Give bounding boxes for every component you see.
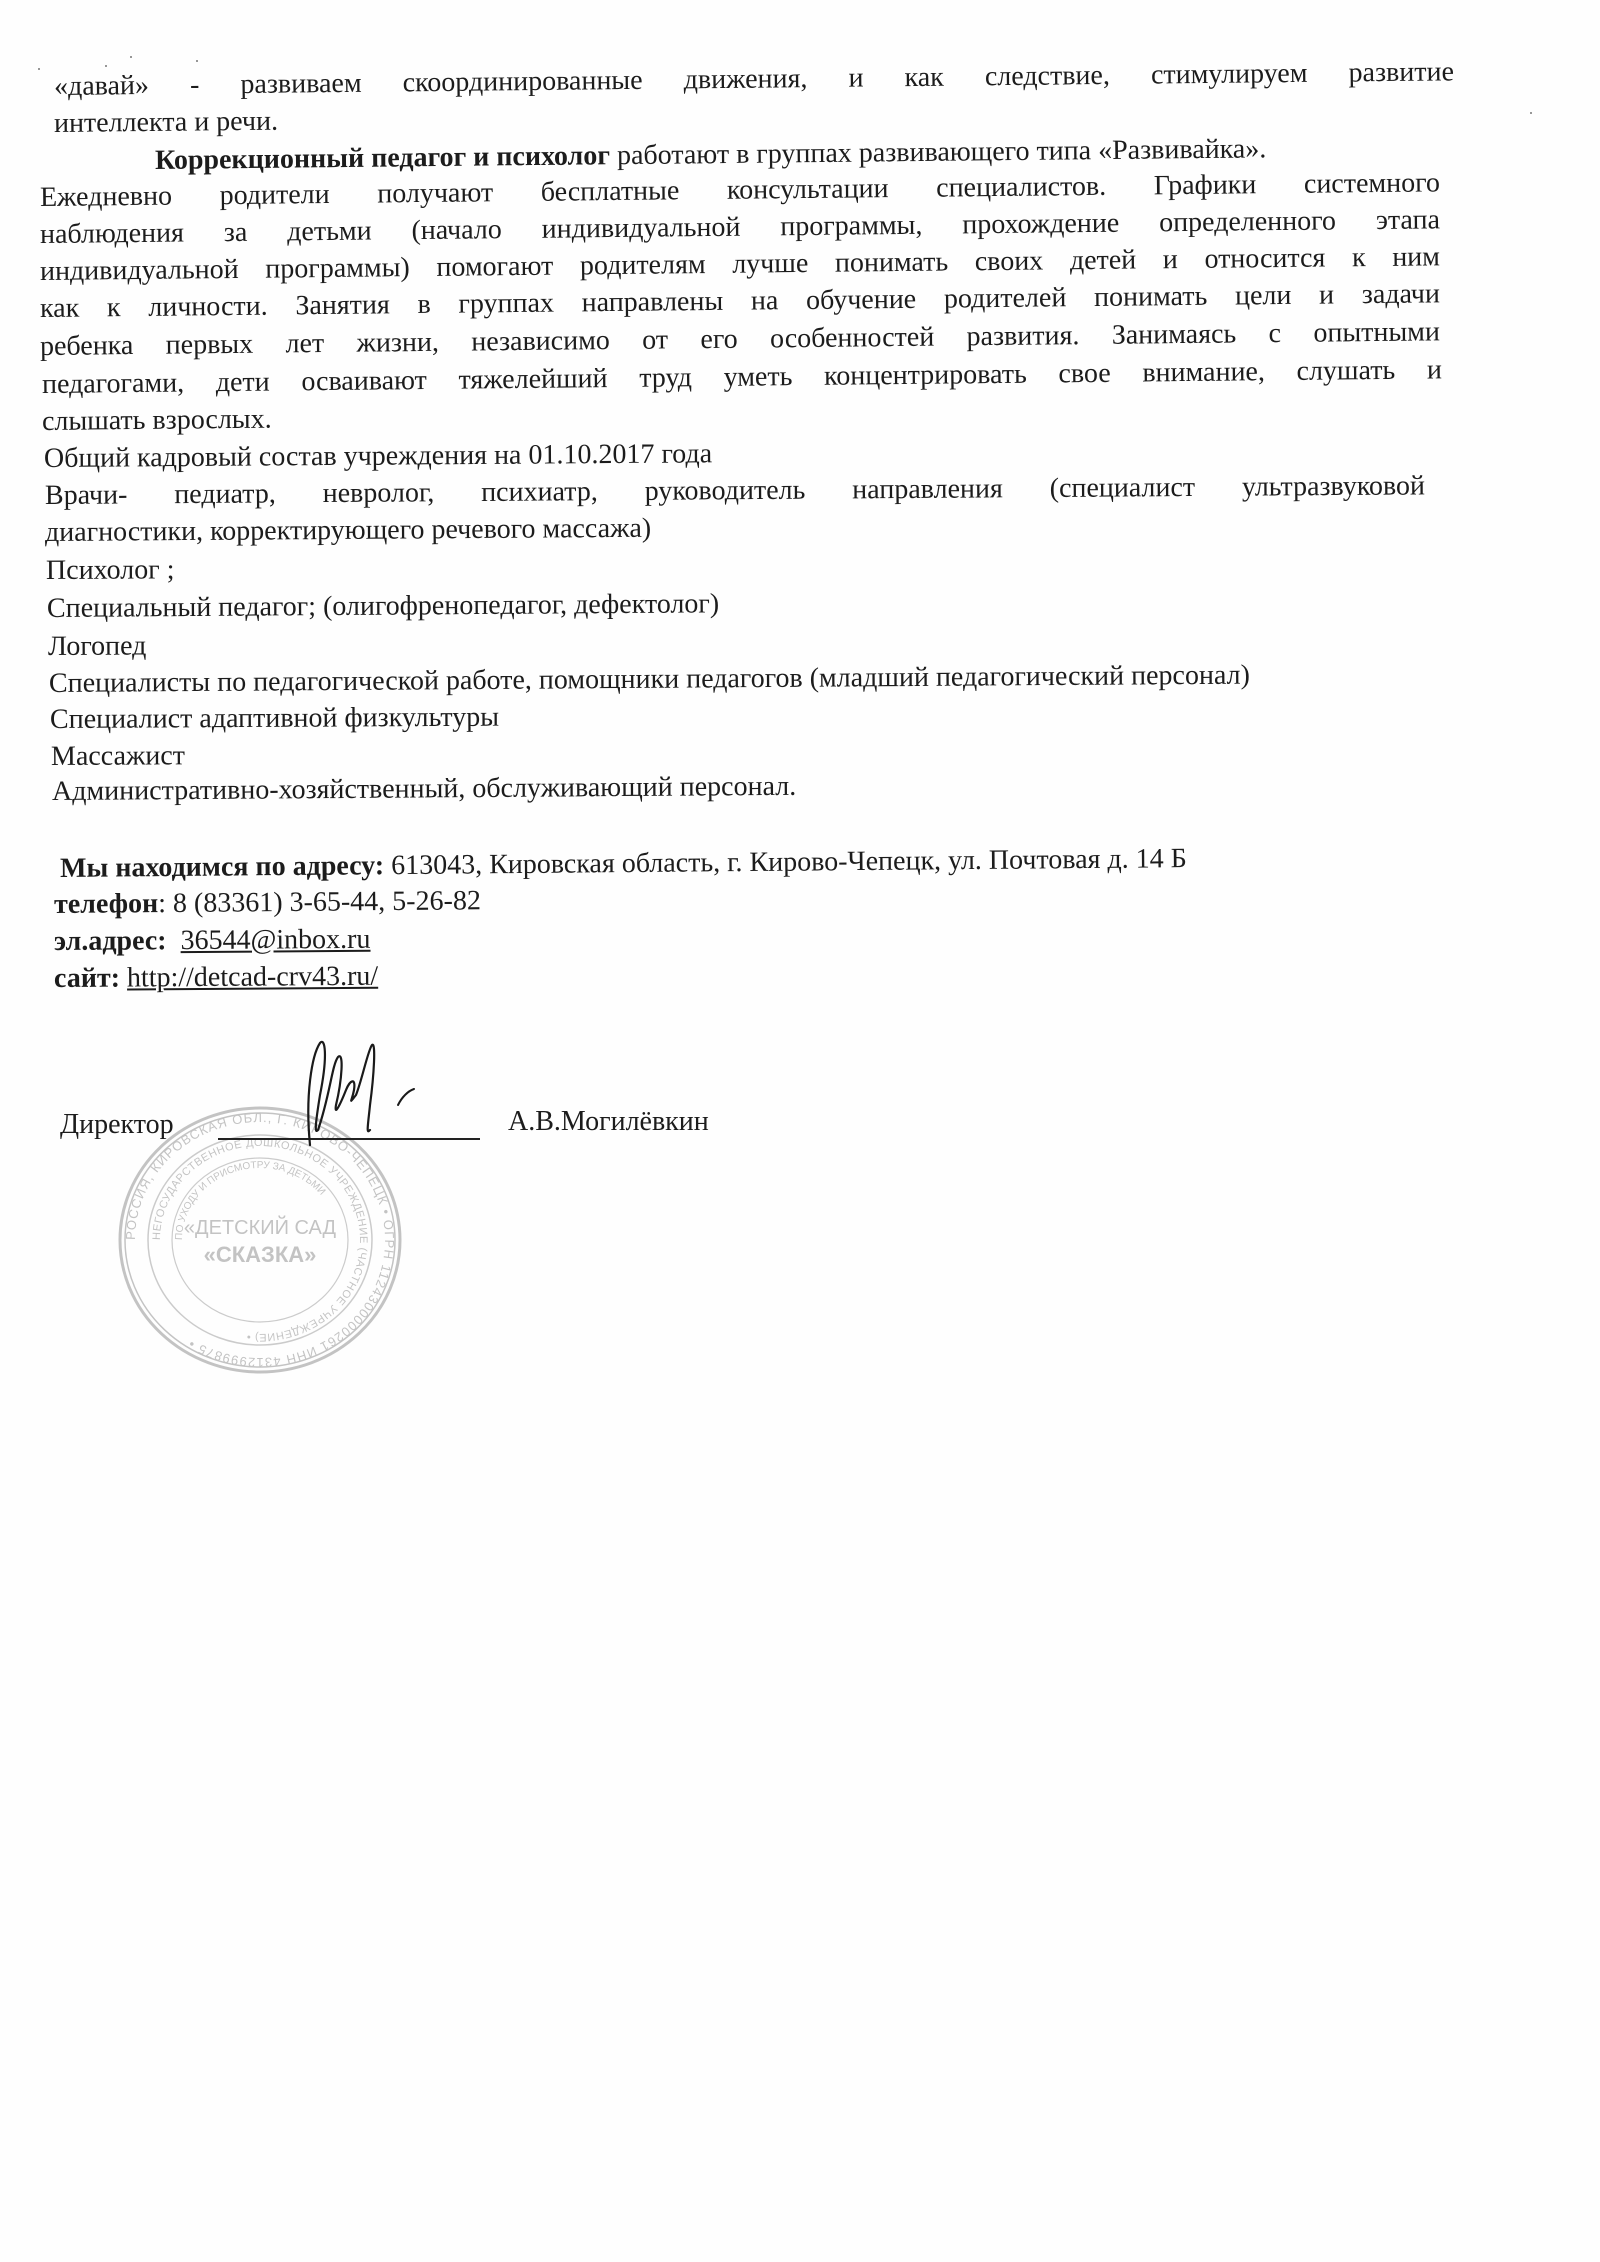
text-line: Врачи- педиатр, невролог, психиатр, руко…	[45, 469, 1425, 513]
director-title: Директор	[60, 1108, 174, 1142]
scanned-document-page: «давай» - развиваем скоординированные дв…	[0, 0, 1600, 2262]
staff-item: Специалисты по педагогической работе, по…	[49, 659, 1250, 701]
staff-item: Массажист	[51, 739, 185, 774]
text-line: слышать взрослых.	[42, 404, 272, 437]
staff-item: Специалист адаптивной физкультуры	[50, 701, 499, 737]
email-label: эл.адрес:	[54, 925, 167, 957]
text-line: Специалисты по педагогической работе, по…	[49, 660, 1250, 699]
text-line: Специальный педагог; (олигофренопедагог,…	[47, 588, 719, 624]
stamp-center-line-2: «СКАЗКА»	[204, 1242, 317, 1267]
scan-speck	[105, 65, 107, 67]
text-line: А.В.Могилёвкин	[508, 1106, 709, 1137]
email-line: эл.адрес: 36544@inbox.ru	[54, 923, 371, 959]
text-line: Общий кадровый состав учреждения на 01.1…	[44, 438, 712, 474]
address-line: Мы находимся по адресу: 613043, Кировска…	[60, 842, 1187, 886]
text-line: Директор	[60, 1109, 174, 1140]
scan-speck	[1530, 112, 1532, 114]
text-line: Логопед	[48, 630, 147, 662]
address-value: 613043, Кировская область, г. Кирово-Чеп…	[384, 843, 1187, 881]
phone-line: телефон: 8 (83361) 3-65-44, 5-26-82	[54, 884, 481, 922]
staff-item: Психолог ;	[46, 553, 175, 588]
continued-paragraph-line-1: «давай» - развиваем скоординированные дв…	[54, 55, 1454, 104]
bold-lead-text: Коррекционный педагог и психолог	[155, 140, 610, 176]
site-label: сайт:	[54, 963, 120, 994]
staff-item: Специальный педагог; (олигофренопедагог,…	[47, 587, 719, 626]
staff-heading: Общий кадровый состав учреждения на 01.1…	[44, 437, 712, 476]
continued-paragraph-line-2: интеллекта и речи.	[54, 105, 278, 141]
site-link[interactable]: http://detcad-crv43.ru/	[127, 961, 378, 994]
phone-value: : 8 (83361) 3-65-44, 5-26-82	[158, 885, 481, 919]
staff-item: Логопед	[48, 629, 147, 664]
site-line: сайт: http://detcad-crv43.ru/	[54, 960, 378, 996]
stamp-inner-ring	[172, 1158, 348, 1322]
text-line: Специалист адаптивной физкультуры	[50, 702, 499, 735]
correction-paragraph-line: слышать взрослых.	[42, 403, 272, 439]
staff-item: диагностики, корректирующего речевого ма…	[45, 512, 651, 550]
staff-item: Врачи- педиатр, невролог, психиатр, руко…	[45, 469, 1425, 513]
staff-item: Административно-хозяйственный, обслужива…	[52, 770, 796, 809]
phone-label: телефон	[54, 888, 158, 920]
text-line: Административно-хозяйственный, обслужива…	[52, 771, 796, 807]
text-line: «давай» - развиваем скоординированные дв…	[54, 55, 1454, 104]
address-label: Мы находимся по адресу:	[60, 850, 384, 884]
text-line: Психолог ;	[46, 554, 175, 586]
text-line: интеллекта и речи.	[54, 106, 278, 139]
email-link[interactable]: 36544@inbox.ru	[180, 924, 370, 956]
director-name: А.В.Могилёвкин	[508, 1105, 709, 1139]
text-line: диагностики, корректирующего речевого ма…	[45, 513, 651, 548]
lead-rest-text: работают в группах развивающего типа «Ра…	[610, 133, 1267, 171]
handwritten-signature	[290, 1035, 440, 1155]
text-line: Массажист	[51, 740, 185, 772]
stamp-center-line-1: «ДЕТСКИЙ САД	[184, 1215, 337, 1239]
scan-speck	[130, 56, 132, 58]
scan-speck	[196, 60, 198, 62]
scan-speck	[38, 68, 40, 70]
